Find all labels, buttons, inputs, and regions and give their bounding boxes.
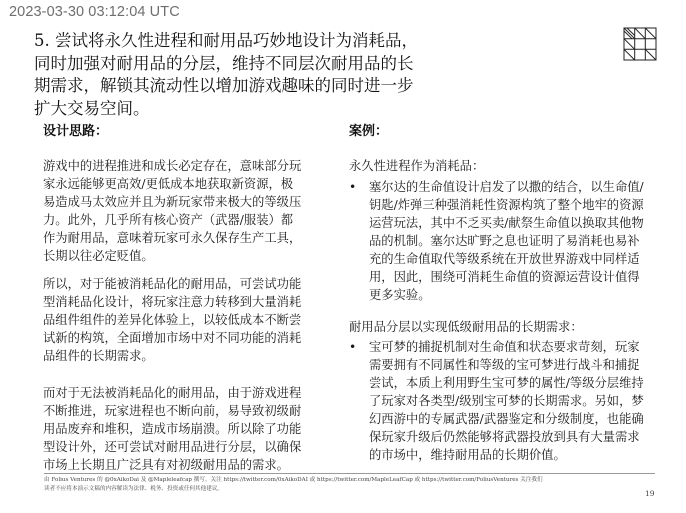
- rationale-paragraph-3: 而对于无法被消耗品化的耐用品，由于游戏进程不断推进，玩家进程也不断向前，易导致初…: [43, 384, 305, 474]
- bullet-icon: •: [349, 178, 356, 196]
- folius-grid-logo-icon: [623, 27, 657, 61]
- case-bullet-2: • 宝可梦的捕捉机制对生命值和状态要求苛刻，玩家需要拥有不同属性和等级的宝可梦进…: [349, 338, 645, 464]
- case-study-heading: 案例：: [349, 120, 388, 139]
- rationale-paragraph-1: 游戏中的进程推进和成长必定存在，意味部分玩家永远能够更高效/更低成本地获取新资源…: [43, 157, 305, 265]
- case-bullet-1-text: 塞尔达的生命值设计启发了以撒的结合，以生命值/钥匙/炸弹三种强消耗性资源构筑了整…: [369, 180, 644, 302]
- footer-disclaimer: 读者不应将本演示文稿的内容解读为法律、税务、投资或任何其他建议。: [44, 485, 644, 494]
- case-subheading-1: 永久性进程作为消耗品：: [349, 157, 649, 175]
- footer-attribution: 由 Folius Ventures 的 @0xAikoDai 及 @Maplel…: [44, 476, 644, 485]
- timestamp: 2023-03-30 03:12:04 UTC: [9, 4, 180, 20]
- footer-divider: [44, 473, 655, 474]
- bullet-icon: •: [349, 338, 356, 356]
- page-number: 19: [645, 489, 655, 498]
- case-subheading-2: 耐用品分层以实现低级耐用品的长期需求：: [349, 318, 649, 336]
- design-rationale-heading: 设计思路：: [43, 120, 108, 139]
- case-bullet-2-text: 宝可梦的捕捉机制对生命值和状态要求苛刻，玩家需要拥有不同属性和等级的宝可梦进行战…: [369, 340, 644, 462]
- rationale-paragraph-2: 所以，对于能被消耗品化的耐用品，可尝试功能型消耗品化设计，将玩家注意力转移到大量…: [43, 275, 305, 365]
- slide-title: 5. 尝试将永久性进程和耐用品巧妙地设计为消耗品，同时加强对耐用品的分层，维持不…: [34, 30, 424, 120]
- footer: 由 Folius Ventures 的 @0xAikoDai 及 @Maplel…: [44, 476, 644, 493]
- case-bullet-1: • 塞尔达的生命值设计启发了以撒的结合，以生命值/钥匙/炸弹三种强消耗性资源构筑…: [349, 178, 645, 304]
